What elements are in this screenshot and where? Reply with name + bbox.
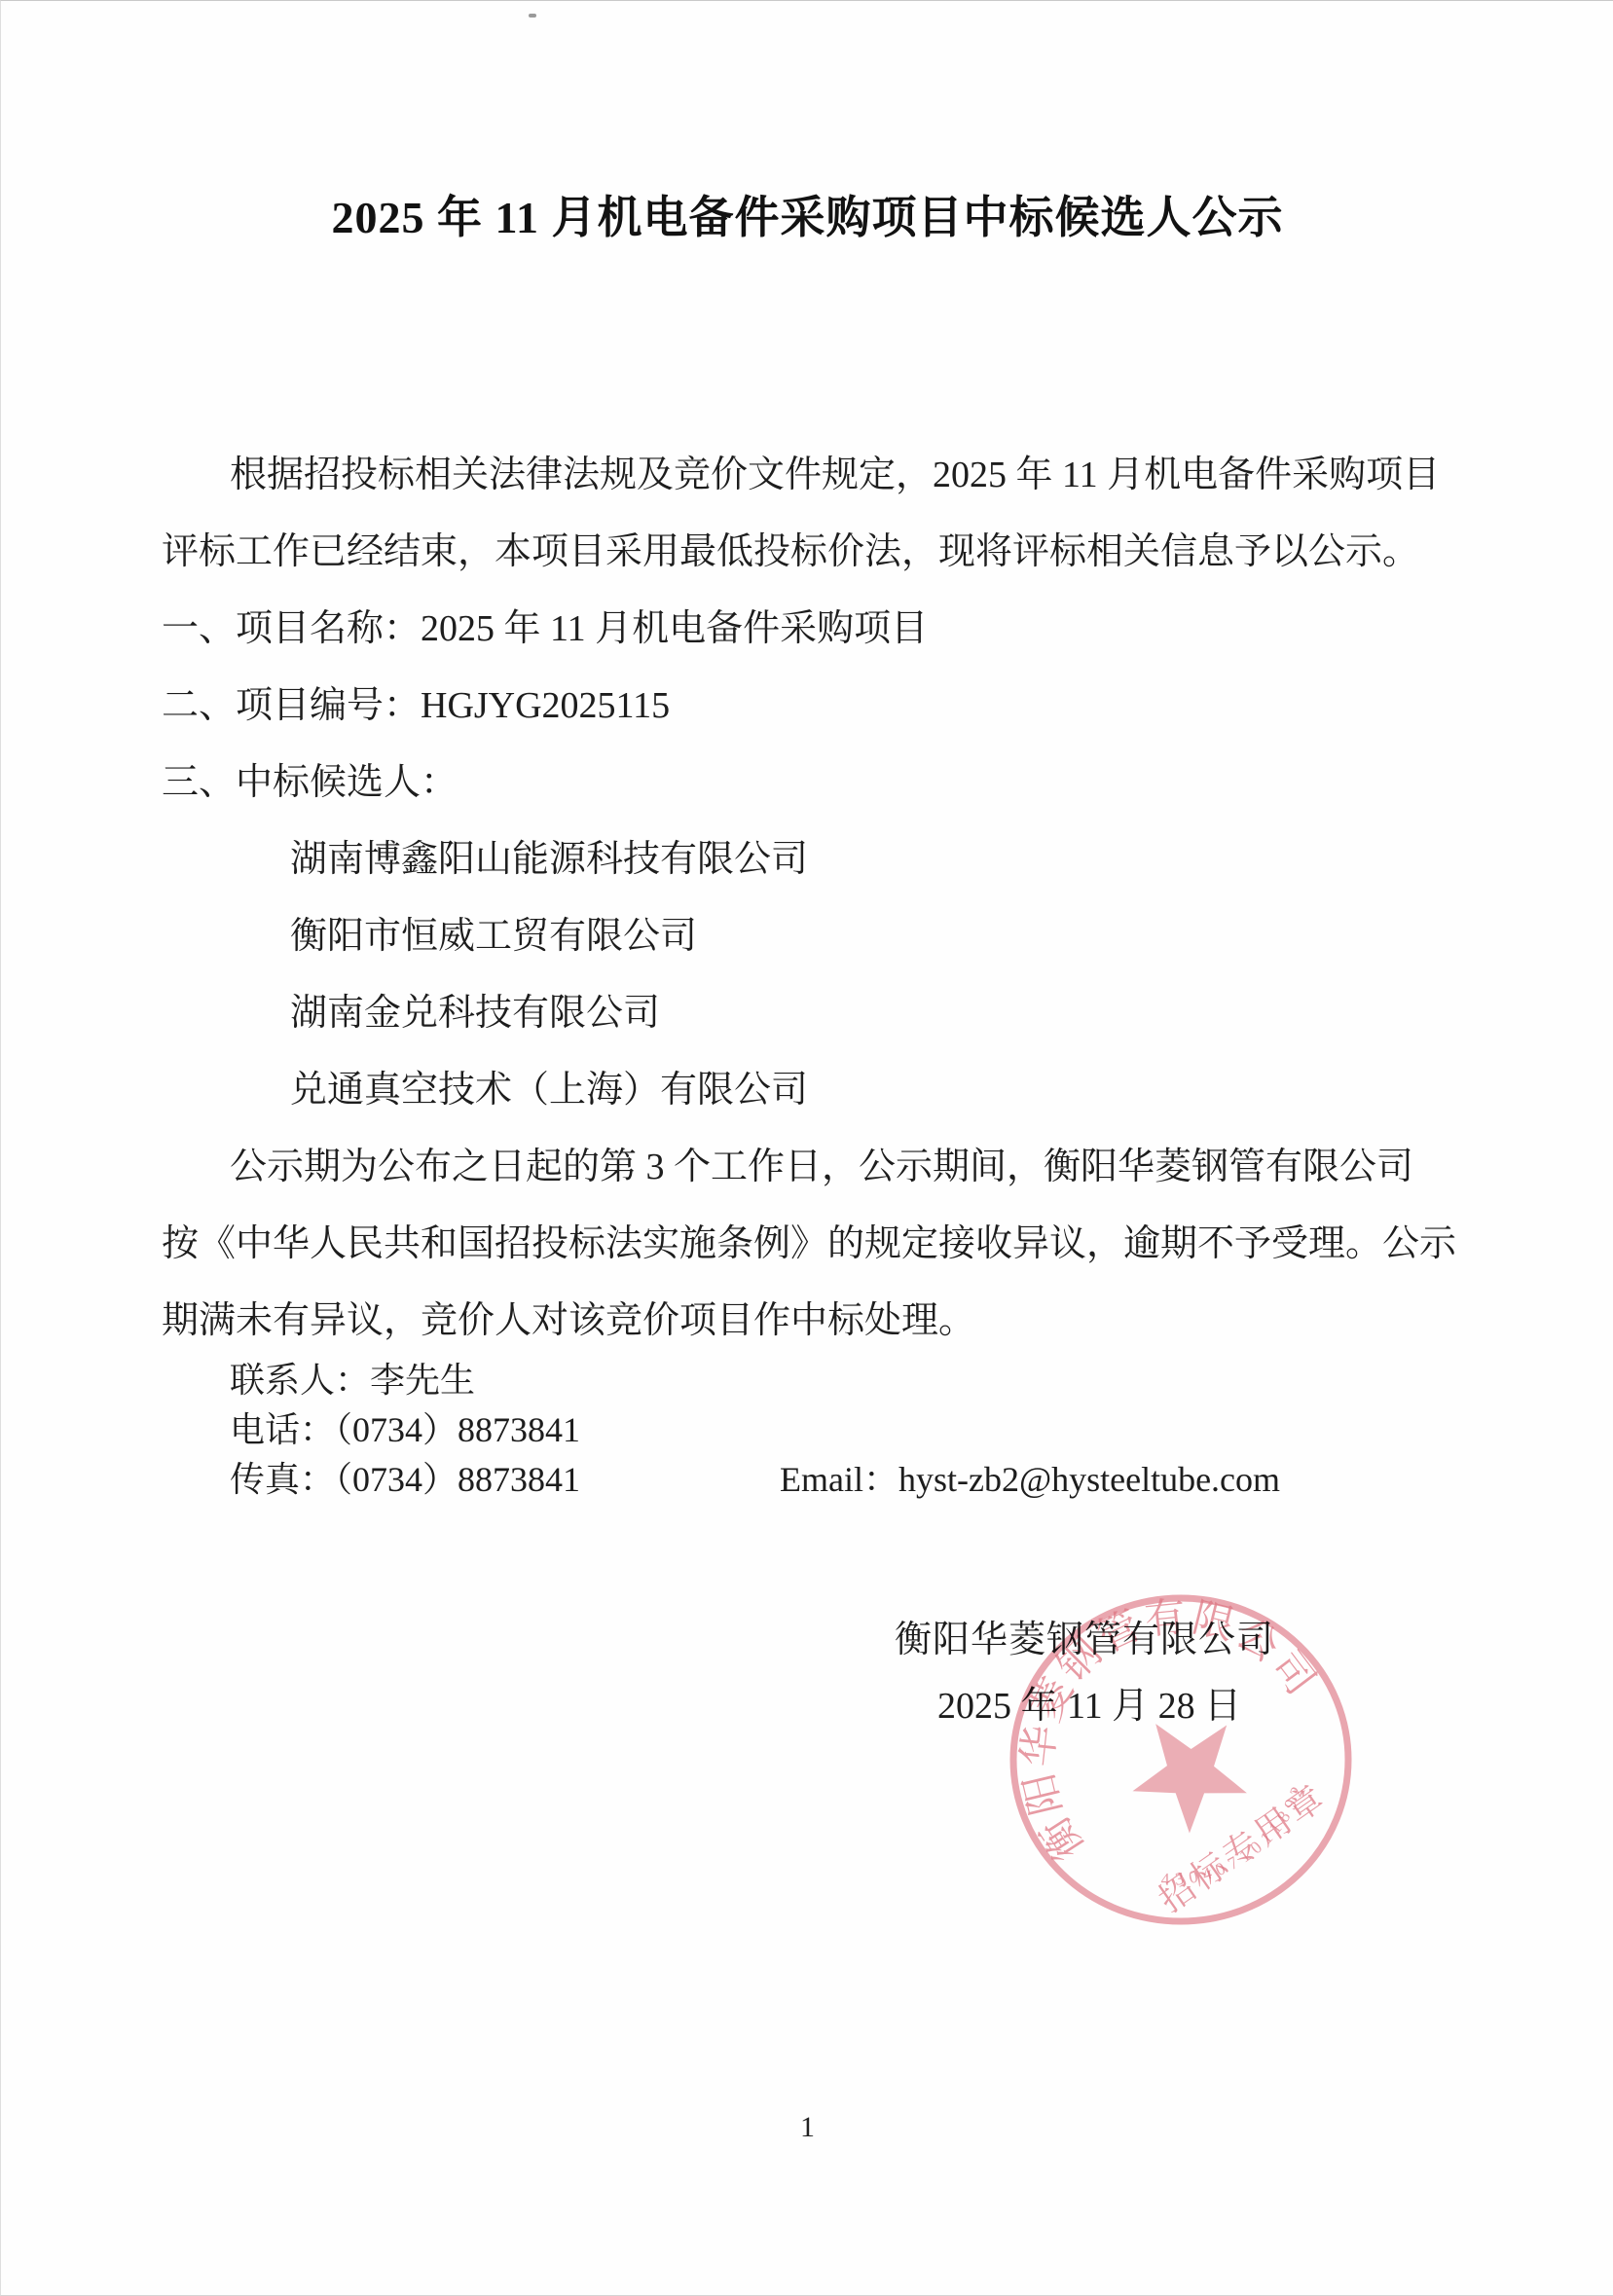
document-page: 2025 年 11 月机电备件采购项目中标候选人公示 根据招投标相关法律法规及竞… <box>0 0 1613 2296</box>
candidate-1: 湖南博鑫阳山能源科技有限公司 <box>162 821 1495 898</box>
candidate-3: 湖南金兑科技有限公司 <box>162 975 1495 1052</box>
page-title: 2025 年 11 月机电备件采购项目中标候选人公示 <box>1 182 1613 246</box>
notice-line-3: 期满未有异议，竞价人对该竞价项目作中标处理。 <box>162 1283 1495 1360</box>
item-candidates-heading: 三、中标候选人： <box>162 745 1495 821</box>
item-project-name: 一、项目名称：2025 年 11 月机电备件采购项目 <box>162 591 1495 668</box>
item-project-number: 二、项目编号：HGJYG2025115 <box>162 668 1495 745</box>
candidate-4: 兑通真空技术（上海）有限公司 <box>162 1052 1495 1129</box>
document-body: 根据招投标相关法律法规及竞价文件规定，2025 年 11 月机电备件采购项目 评… <box>162 437 1495 1360</box>
contact-block: 联系人：李先生 电话：（0734）8873841 传真：（0734）887384… <box>230 1356 1398 1505</box>
contact-fax-row: 传真：（0734）8873841 Email：hyst-zb2@hysteelt… <box>230 1455 1398 1505</box>
seal-serial-number: 4304071011892 <box>1152 1772 1326 1914</box>
signature-date: 2025 年 11 月 28 日 <box>937 1675 1241 1729</box>
contact-email: Email：hyst-zb2@hysteeltube.com <box>780 1455 1280 1505</box>
notice-line-1: 公示期为公布之日起的第 3 个工作日，公示期间，衡阳华菱钢管有限公司 <box>162 1129 1495 1206</box>
intro-line-2: 评标工作已经结束，本项目采用最低投标价法，现将评标相关信息予以公示。 <box>162 514 1495 591</box>
signature-company: 衡阳华菱钢管有限公司 <box>895 1609 1274 1662</box>
scan-speck <box>529 14 536 18</box>
notice-line-2: 按《中华人民共和国招投标法实施条例》的规定接收异议，逾期不予受理。公示 <box>162 1206 1495 1283</box>
seal-caption: 招标专用章 <box>1152 1776 1334 1919</box>
candidate-2: 衡阳市恒威工贸有限公司 <box>162 898 1495 975</box>
contact-fax: 传真：（0734）8873841 <box>230 1460 580 1499</box>
page-number: 1 <box>1 2111 1613 2144</box>
intro-line-1: 根据招投标相关法律法规及竞价文件规定，2025 年 11 月机电备件采购项目 <box>162 437 1495 514</box>
contact-person: 联系人：李先生 <box>230 1356 1398 1405</box>
contact-phone: 电话：（0734）8873841 <box>230 1405 1398 1455</box>
